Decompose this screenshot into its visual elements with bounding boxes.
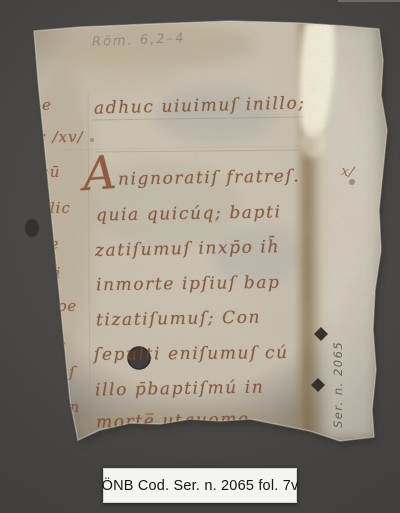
archival-label-text: ÖNB Cod. Ser. n. 2065 fol. 7v [102, 478, 299, 494]
parchment-artwork [0, 0, 400, 513]
photo-edge-artifact [338, 0, 400, 2]
wormhole [128, 347, 150, 369]
parchment [20, 10, 400, 455]
manuscript-photo: Röm. 6,2–4 adhuc uiuimuſ inillo; A nigno… [0, 0, 400, 513]
edge-tear-hole [25, 219, 39, 237]
archival-label: ÖNB Cod. Ser. n. 2065 fol. 7v [103, 468, 297, 503]
